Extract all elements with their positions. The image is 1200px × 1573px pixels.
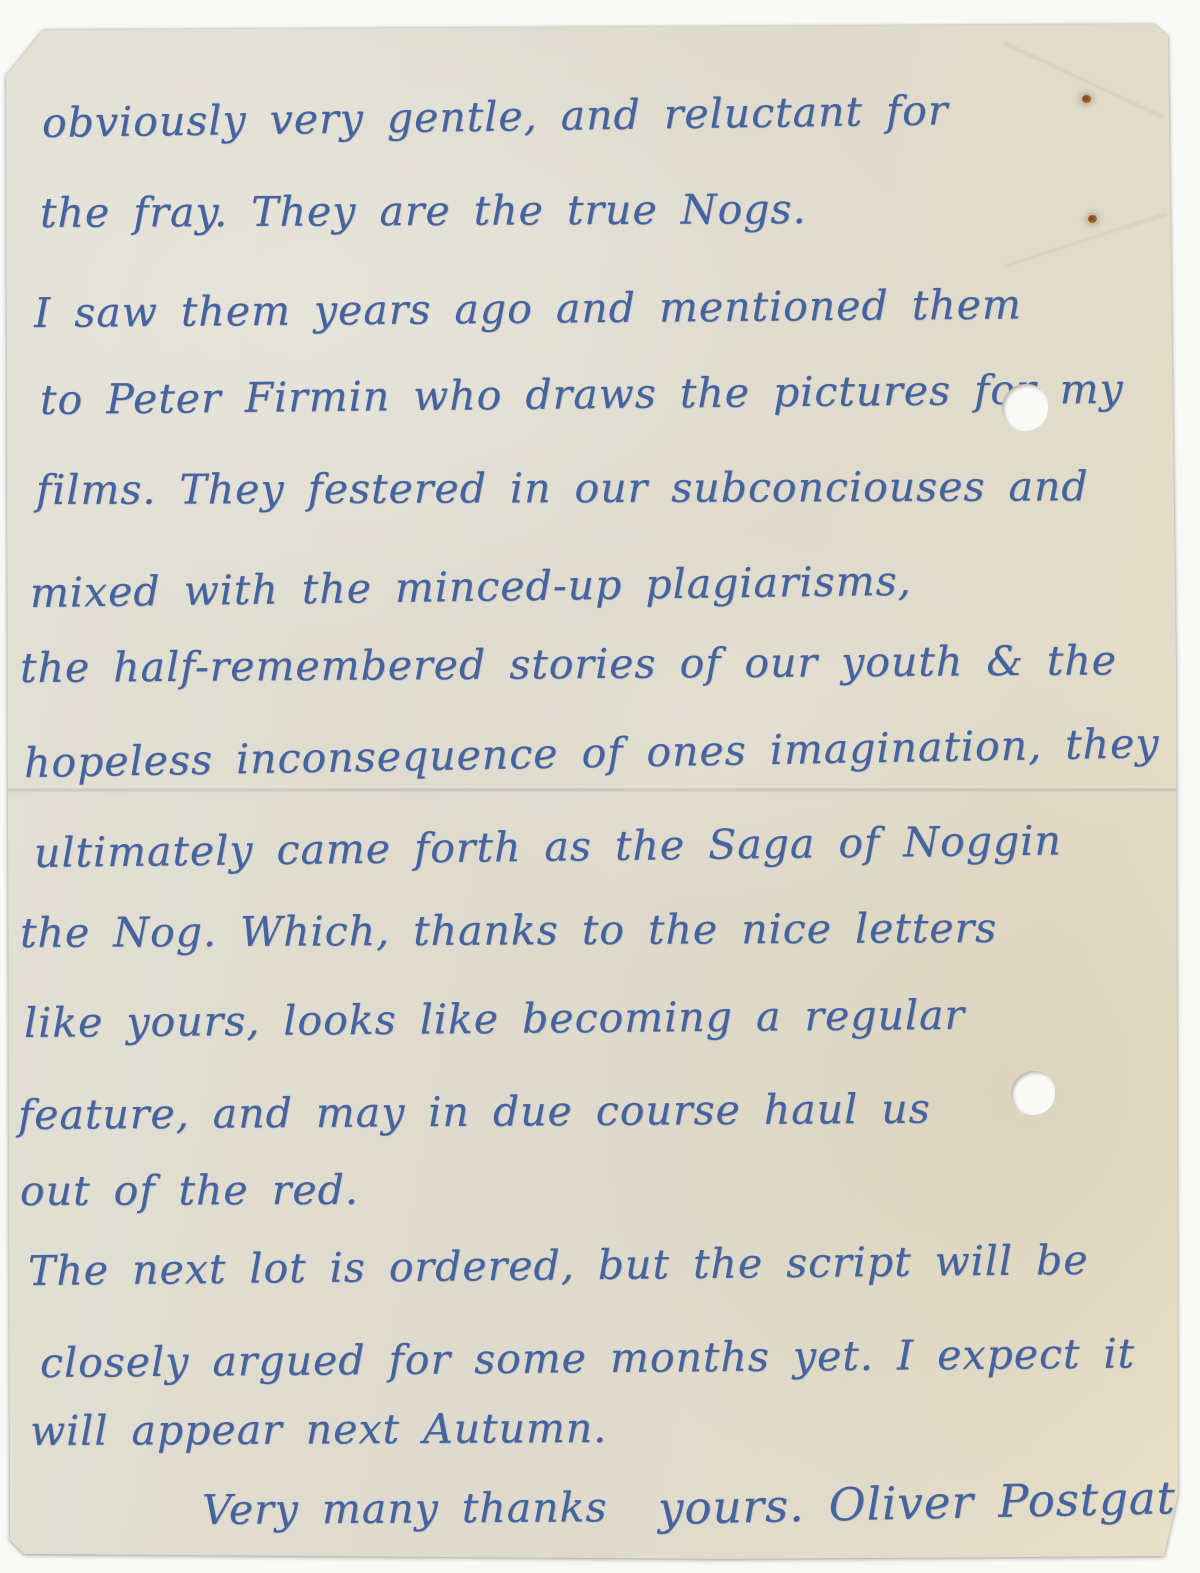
handwriting-line: obviously very gentle, and reluctant for [42,86,949,148]
handwriting-line: The next lot is ordered, but the script … [28,1236,1089,1296]
handwriting-line: to Peter Firmin who draws the pictures f… [40,365,1124,426]
handwriting-line: the fray. They are the true Nogs. [40,185,807,238]
handwriting-line: closely argued for some months yet. I ex… [40,1329,1135,1388]
handwriting-line: mixed with the minced-up plagiarisms, [30,557,912,618]
letter-page-wrap: obviously very gentle, and reluctant for… [6,24,1178,1559]
closing-thanks: Very many thanks [202,1483,608,1535]
punch-hole-top [1002,384,1048,431]
letter-paper: obviously very gentle, and reluctant for… [6,24,1178,1559]
handwriting-line: the half-remembered stories of our youth… [20,636,1117,693]
handwriting-line: the Nog. Which, thanks to the nice lette… [20,904,997,958]
handwriting-line: I saw them years ago and mentioned them [34,280,1022,338]
handwriting-line: films. They festered in our subconciouse… [36,462,1089,515]
punch-hole-bottom [1011,1071,1055,1115]
signature: yours. Oliver Postgate [657,1471,1200,1536]
handwriting-line: feature, and may in due course haul us [18,1085,931,1141]
handwriting-line: like yours, looks like becoming a regula… [24,991,965,1048]
handwriting-line: will appear next Autumn. [30,1404,608,1456]
scanned-letter: obviously very gentle, and reluctant for… [0,0,1200,1573]
handwriting-line: ultimately came forth as the Saga of Nog… [34,816,1062,878]
handwriting-line: out of the red. [20,1166,359,1216]
handwritten-text: obviously very gentle, and reluctant for… [6,24,1178,1559]
handwriting-line: hopeless inconsequence of ones imaginati… [24,719,1160,788]
